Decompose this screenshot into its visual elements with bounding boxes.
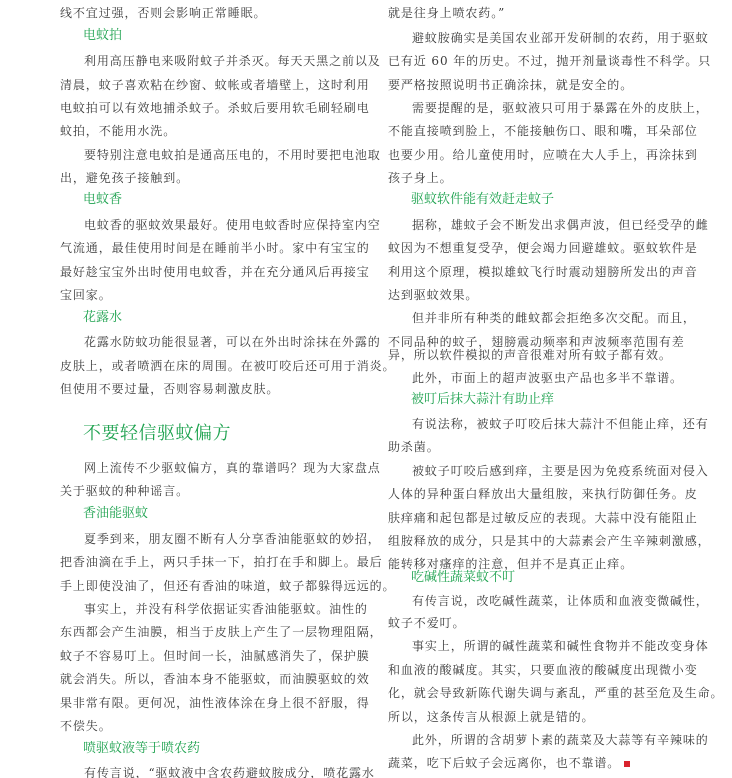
paragraph-line: 不偿失。 — [60, 719, 112, 733]
paragraph-line: 要严格按照说明书正确涂抹，就是安全的。 — [388, 78, 633, 92]
paragraph-line: 人体的异种蛋白释放出大量组胺，来执行防御任务。皮 — [388, 487, 698, 501]
paragraph-line: 就是往身上喷农药。” — [388, 6, 505, 20]
paragraph-line: 蚊拍，不能用水洗。 — [60, 124, 176, 138]
paragraph-line: 手上即使没油了，但还有香油的味道，蚊子都躲得远远的。 — [60, 579, 395, 593]
section-title: 不要轻信驱蚊偏方 — [83, 423, 231, 445]
paragraph-line: 但并非所有种类的雌蚊都会拒绝多次交配。而且， — [412, 311, 696, 325]
subheading: 吃碱性蔬菜蚊不叮 — [411, 570, 515, 586]
paragraph-line: 花露水防蚊功能很显著，可以在外出时涂抹在外露的 — [84, 335, 381, 349]
paragraph-line: 气流通，最佳使用时间是在睡前半小时。家中有宝宝的 — [60, 241, 370, 255]
paragraph-line: 达到驱蚊效果。 — [388, 288, 478, 302]
paragraph-line: 需要提醒的是，驱蚊液只可用于暴露在外的皮肤上， — [412, 101, 709, 115]
subheading: 电蚊香 — [83, 192, 122, 208]
paragraph-line: 要特别注意电蚊拍是通高压电的，不用时要把电池取 — [84, 148, 381, 162]
paragraph-line: 电蚊拍可以有效地捕杀蚊子。杀蚊后要用软毛刷轻刷电 — [60, 101, 370, 115]
paragraph-line: 皮肤上，或者喷洒在床的周围。在被叮咬后还可用于消炎。 — [60, 359, 395, 373]
subheading: 电蚊拍 — [83, 28, 122, 44]
subheading: 驱蚊软件能有效赶走蚊子 — [411, 192, 554, 208]
paragraph-line: 蚊子不容易叮上。但时间一长，油腻感消失了，保护膜 — [60, 649, 370, 663]
paragraph-line: 有传言说，“驱蚊液中含农药避蚊胺成分，喷花露水 — [84, 766, 375, 778]
paragraph-line: 化，就会导致新陈代谢失调与紊乱，严重的甚至危及生命。 — [388, 686, 723, 700]
paragraph-line: 利用高压静电来吸附蚊子并杀灭。每天天黑之前以及 — [84, 54, 381, 68]
paragraph-line: 但使用不要过量，否则容易刺激皮肤。 — [60, 382, 279, 396]
paragraph-line: 最好趁宝宝外出时使用电蚊香，并在充分通风后再接宝 — [60, 265, 370, 279]
paragraph-line: 事实上，所谓的碱性蔬菜和碱性食物并不能改变身体 — [412, 639, 709, 653]
paragraph-line: 清晨，蚊子喜欢粘在纱窗、蚊帐或者墙壁上，这时利用 — [60, 78, 370, 92]
paragraph-line: 果非常有限。更何况，油性液体涂在身上很不舒服，得 — [60, 696, 370, 710]
paragraph-line: 出，避免孩子接触到。 — [60, 171, 189, 185]
paragraph-line: 蚊子不爱叮。 — [388, 616, 465, 630]
paragraph-line: 已有近 60 年的历史。不过，抛开剂量谈毒性不科学。只 — [388, 54, 711, 68]
paragraph-line: 避蚊胺确实是美国农业部开发研制的农药，用于驱蚊 — [412, 31, 709, 45]
paragraph-line: 此外，所谓的含胡萝卜素的蔬菜及大蒜等有辛辣味的 — [412, 733, 709, 747]
paragraph-line: 助杀菌。 — [388, 440, 440, 454]
paragraph-line: 宝回家。 — [60, 288, 112, 302]
paragraph-line: 东西都会产生油膜，相当于皮肤上产生了一层物理阻隔， — [60, 625, 383, 639]
paragraph-line: 关于驱蚊的种种谣言。 — [60, 484, 189, 498]
paragraph-line: 蔬菜，吃下后蚊子会远离你，也不靠谱。 — [388, 756, 630, 770]
paragraph-line: 和血液的酸碱度。其实，只要血液的酸碱度出现微小变 — [388, 663, 698, 677]
paragraph-line: 把香油滴在手上，两只手抹一下，拍打在手和脚上。最后 — [60, 555, 383, 569]
end-mark-icon — [624, 761, 630, 767]
paragraph-line: 电蚊香的驱蚊效果最好。使用电蚊香时应保持室内空 — [84, 218, 381, 232]
paragraph-line: 线不宜过强，否则会影响正常睡眠。 — [60, 6, 266, 20]
subheading: 香油能驱蚊 — [83, 506, 148, 522]
paragraph-line: 事实上，并没有科学依据证实香油能驱蚊。油性的 — [84, 602, 368, 616]
paragraph-line: 利用这个原理，模拟雄蚊飞行时震动翅膀所发出的声音 — [388, 265, 698, 279]
paragraph-line: 有传言说，改吃碱性蔬菜，让体质和血液变微碱性， — [412, 594, 709, 608]
paragraph-line: 也要少用。给儿童使用时，应喷在大人手上，再涂抹到 — [388, 148, 698, 162]
paragraph-line: 就会消失。所以，香油本身不能驱蚊，而油膜驱蚊的效 — [60, 672, 370, 686]
paragraph-line: 不能直接喷到脸上，不能接触伤口、眼和嘴，耳朵部位 — [388, 124, 698, 138]
paragraph-line: 能转移对瘙痒的注意，但并不是真正止痒。 — [388, 557, 633, 571]
paragraph-line: 不同品种的蚊子，翅膀震动频率和声波频率范围有差 — [388, 335, 685, 349]
paragraph-line: 夏季到来，朋友圈不断有人分享香油能驱蚊的妙招， — [84, 532, 381, 546]
paragraph-line: 异，所以软件模拟的声音很难对所有蚊子都有效。 — [388, 348, 672, 362]
paragraph-line: 网上流传不少驱蚊偏方，真的靠谱吗？现为大家盘点 — [84, 461, 381, 475]
paragraph-line: 被蚊子叮咬后感到痒，主要是因为免疫系统面对侵入 — [412, 464, 709, 478]
paragraph-line: 组胺释放的成分，只是其中的大蒜素会产生辛辣刺激感， — [388, 534, 711, 548]
subheading: 被叮后抹大蒜汁有助止痒 — [411, 392, 554, 408]
paragraph-line: 所以，这条传言从根源上就是错的。 — [388, 710, 594, 724]
paragraph-line: 据称，雄蚊子会不断发出求偶声波，但已经受孕的雌 — [412, 218, 709, 232]
subheading: 喷驱蚊液等于喷农药 — [83, 741, 200, 757]
paragraph-line: 有说法称，被蚊子叮咬后抹大蒜汁不但能止痒，还有 — [412, 417, 709, 431]
paragraph-line: 孩子身上。 — [388, 171, 453, 185]
paragraph-line: 肤痒痛和起包都是过敏反应的表现。大蒜中没有能阻止 — [388, 511, 698, 525]
paragraph-line: 此外，市面上的超声波驱虫产品也多半不靠谱。 — [412, 371, 683, 385]
paragraph-line: 蚊因为不想重复受孕，便会竭力回避雄蚊。驱蚊软件是 — [388, 241, 698, 255]
subheading: 花露水 — [83, 310, 122, 326]
